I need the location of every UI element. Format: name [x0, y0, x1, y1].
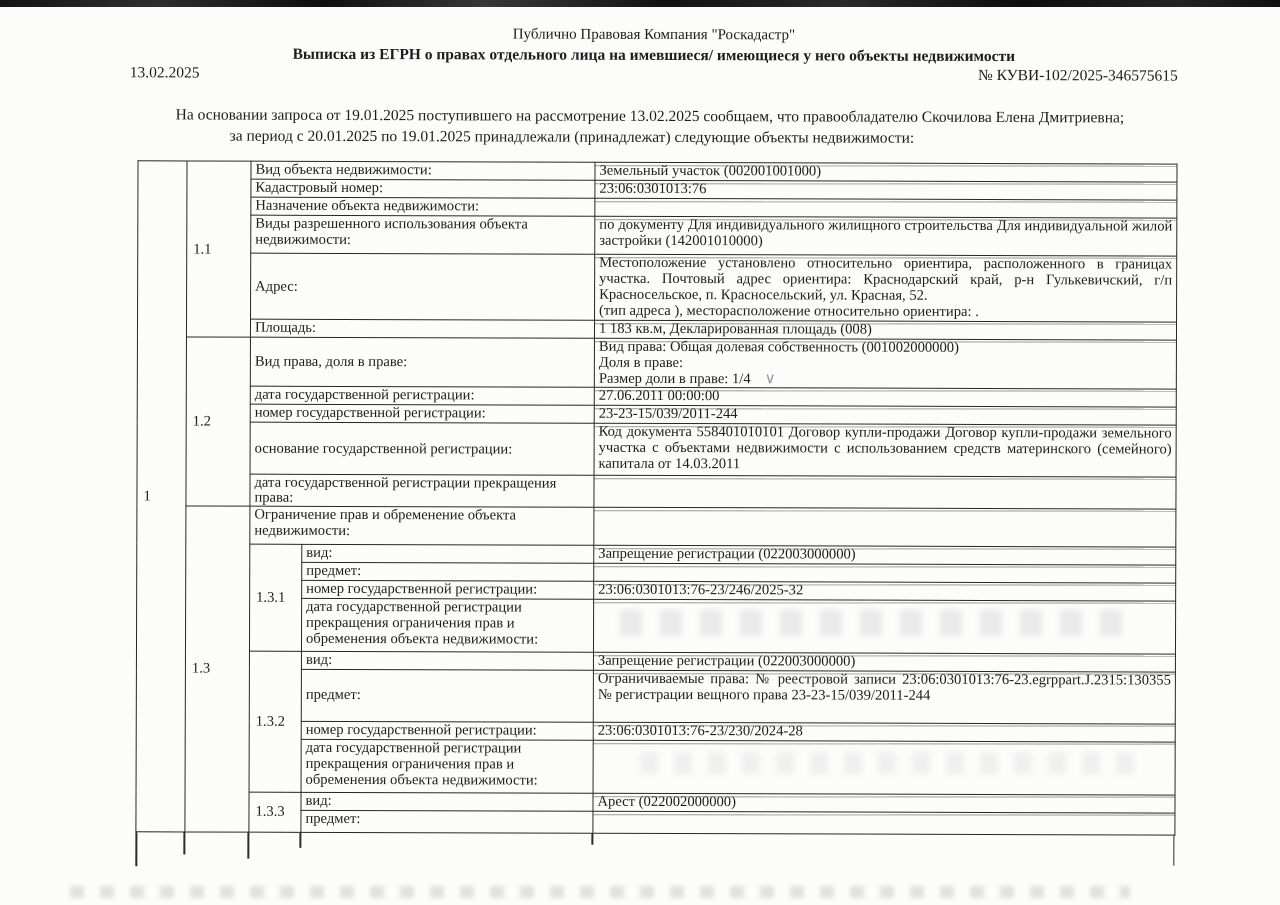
scanned-egrn-extract-page: { "colors": { "ink": "#1d1d1f", "table_b… [0, 0, 1280, 905]
section-1-1-index-cell: 1.1 [186, 161, 251, 337]
field-value: Ограничиваемые права: № реестровой запис… [593, 670, 1175, 724]
document-title: Выписка из ЕГРН о правах отдельного лица… [130, 45, 1178, 66]
field-value [594, 475, 1176, 508]
document-date: 13.02.2025 [130, 64, 200, 82]
egrn-property-table: 1 1.1 Вид объекта недвижимости: Земельны… [135, 160, 1177, 835]
section-1-2-index-cell: 1.2 [186, 337, 251, 506]
field-label: предмет: [302, 562, 594, 581]
share-line: Доля в праве: [599, 355, 1172, 373]
field-label: основание государственной регистрации: [250, 422, 594, 475]
field-label: вид: [301, 792, 593, 811]
field-value: 27.06.2011 00:00:00 [594, 387, 1176, 407]
field-value: Запрещение регистрации (022003000000) [594, 545, 1176, 565]
document-sheet: Публично Правовая Компания "Роскадастр" … [0, 7, 1280, 905]
field-label: вид: [301, 651, 593, 670]
scan-line-stub [1173, 835, 1175, 865]
field-value: 23-23-15/039/2011-244 [594, 405, 1176, 425]
period-line: за период с 20.01.2025 по 19.01.2025 при… [230, 128, 1178, 149]
field-value: Земельный участок (002001001000) [595, 162, 1177, 182]
field-label: дата государственной регистрации прекращ… [250, 474, 594, 507]
company-name: Публично Правовая Компания "Роскадастр" [130, 25, 1178, 45]
field-label: Вид права, доля в праве: [250, 337, 594, 387]
object-index-cell: 1 [136, 161, 187, 832]
scan-line-stub [299, 832, 301, 847]
field-value: 23:06:0301013:76 [595, 180, 1177, 200]
scan-line-stub [591, 833, 593, 844]
field-label: дата государственной регистрации прекращ… [301, 739, 593, 793]
document-number: № КУВИ-102/2025-346575615 [978, 67, 1178, 86]
field-label: вид: [302, 544, 594, 563]
address-type-line: (тип адреса ), месторасположение относит… [599, 303, 1172, 321]
share-size-line: Размер доли в праве: 1/4∨ [599, 371, 1172, 389]
field-value [593, 599, 1175, 654]
field-label: предмет: [301, 810, 593, 833]
field-value: 23:06:0301013:76-23/230/2024-28 [593, 722, 1175, 742]
field-label: Виды разрешенного использования объекта … [251, 215, 595, 254]
right-kind-line: Вид права: Общая долевая собственность (… [599, 339, 1172, 357]
scan-line-stub [135, 832, 137, 866]
scan-line-stub [183, 832, 185, 854]
property-table-wrap: 1 1.1 Вид объекта недвижимости: Земельны… [135, 160, 1176, 835]
address-main-text: Местоположение установлено относительно … [599, 255, 1172, 305]
field-value [593, 740, 1175, 795]
document-meta-row: 13.02.2025 № КУВИ-102/2025-346575615 [130, 64, 1178, 85]
field-label: дата государственной регистрации: [250, 386, 594, 405]
field-value: по документу Для индивидуального жилищно… [595, 216, 1177, 256]
field-label: Кадастровый номер: [251, 179, 595, 198]
field-value: Код документа 558401010101 Договор купли… [594, 423, 1176, 477]
intro-paragraph: На основании запроса от 19.01.2025 посту… [130, 105, 1178, 127]
field-value [594, 563, 1176, 583]
restrictions-header-label: Ограничение прав и обременение объекта н… [250, 506, 594, 545]
field-value: Вид права: Общая долевая собственность (… [594, 338, 1176, 389]
field-value: 1 183 кв.м, Декларированная площадь (008… [594, 320, 1176, 340]
scan-line-stub [247, 832, 249, 858]
scanner-edge-band [0, 0, 1280, 7]
field-value: 23:06:0301013:76-23/246/2025-32 [594, 581, 1176, 601]
field-value: Местоположение установлено относительно … [595, 254, 1177, 322]
field-label: Адрес: [251, 253, 595, 320]
field-label: Вид объекта недвижимости: [251, 161, 595, 180]
field-value: Запрещение регистрации (022003000000) [593, 652, 1175, 672]
section-1-3-3-index-cell: 1.3.3 [249, 792, 301, 832]
field-label: номер государственной регистрации: [250, 404, 594, 423]
field-value [595, 198, 1177, 218]
field-label: номер государственной регистрации: [302, 580, 594, 599]
section-1-3-2-index-cell: 1.3.2 [249, 651, 301, 792]
field-value [594, 507, 1176, 547]
section-1-3-1-index-cell: 1.3.1 [249, 544, 301, 651]
section-1-3-index-cell: 1.3 [185, 506, 250, 832]
field-label: предмет: [301, 669, 593, 722]
handwritten-checkmark: ∨ [765, 371, 776, 387]
field-value: Арест (022002000000) [593, 793, 1175, 813]
field-label: Назначение объекта недвижимости: [251, 197, 595, 216]
field-label: дата государственной регистрации прекращ… [301, 598, 593, 652]
field-label: номер государственной регистрации: [301, 721, 593, 740]
field-value [593, 811, 1175, 835]
field-label: Площадь: [250, 319, 594, 338]
